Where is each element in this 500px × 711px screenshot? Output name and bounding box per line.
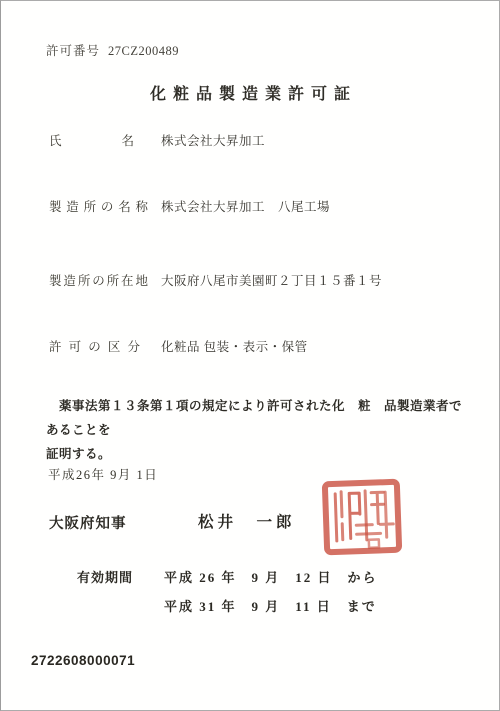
certificate-title: 化粧品製造業許可証 bbox=[1, 81, 499, 104]
field-value-factory-address: 大阪府八尾市美園町２丁目１５番１号 bbox=[161, 271, 382, 289]
certificate-page: 許可番号27CZ200489 化粧品製造業許可証 氏名 株式会社大昇加工 製造所… bbox=[0, 0, 500, 711]
certification-statement-line1: 薬事法第１３条第１項の規定により許可された化 粧 品製造業者であることを bbox=[46, 394, 474, 442]
validity-to-date: 平成 31 年 9 月 11 日 まで bbox=[164, 596, 377, 615]
validity-period-label: 有効期間 bbox=[77, 567, 133, 586]
issuer-name: 松井 一郎 bbox=[198, 510, 296, 532]
field-value-factory-name: 株式会社大昇加工 八尾工場 bbox=[161, 197, 330, 215]
certification-statement-line2: 証明する。 bbox=[46, 447, 111, 461]
field-value-permit-category: 化粧品 包装・表示・保管 bbox=[161, 337, 308, 355]
permit-number-value: 27CZ200489 bbox=[108, 44, 179, 58]
certification-statement: 薬事法第１３条第１項の規定により許可された化 粧 品製造業者であることを 証明す… bbox=[46, 394, 474, 466]
field-label-factory-address: 製造所の所在地 bbox=[49, 271, 149, 289]
field-label-name: 氏名 bbox=[49, 131, 135, 149]
validity-from-date: 平成 26 年 9 月 12 日 から bbox=[164, 567, 378, 586]
governor-seal-icon bbox=[321, 478, 403, 556]
permit-number-label: 許可番号 bbox=[46, 44, 100, 58]
issuer-title: 大阪府知事 bbox=[49, 512, 127, 533]
field-value-name: 株式会社大昇加工 bbox=[161, 131, 265, 149]
field-label-permit-category: 許可の区分 bbox=[49, 337, 141, 355]
field-label-factory-name: 製造所の名称 bbox=[49, 197, 149, 215]
issue-date: 平成26年 9月 1日 bbox=[48, 465, 158, 483]
permit-number-line: 許可番号27CZ200489 bbox=[46, 41, 179, 59]
serial-number: 2722608000071 bbox=[31, 653, 135, 668]
